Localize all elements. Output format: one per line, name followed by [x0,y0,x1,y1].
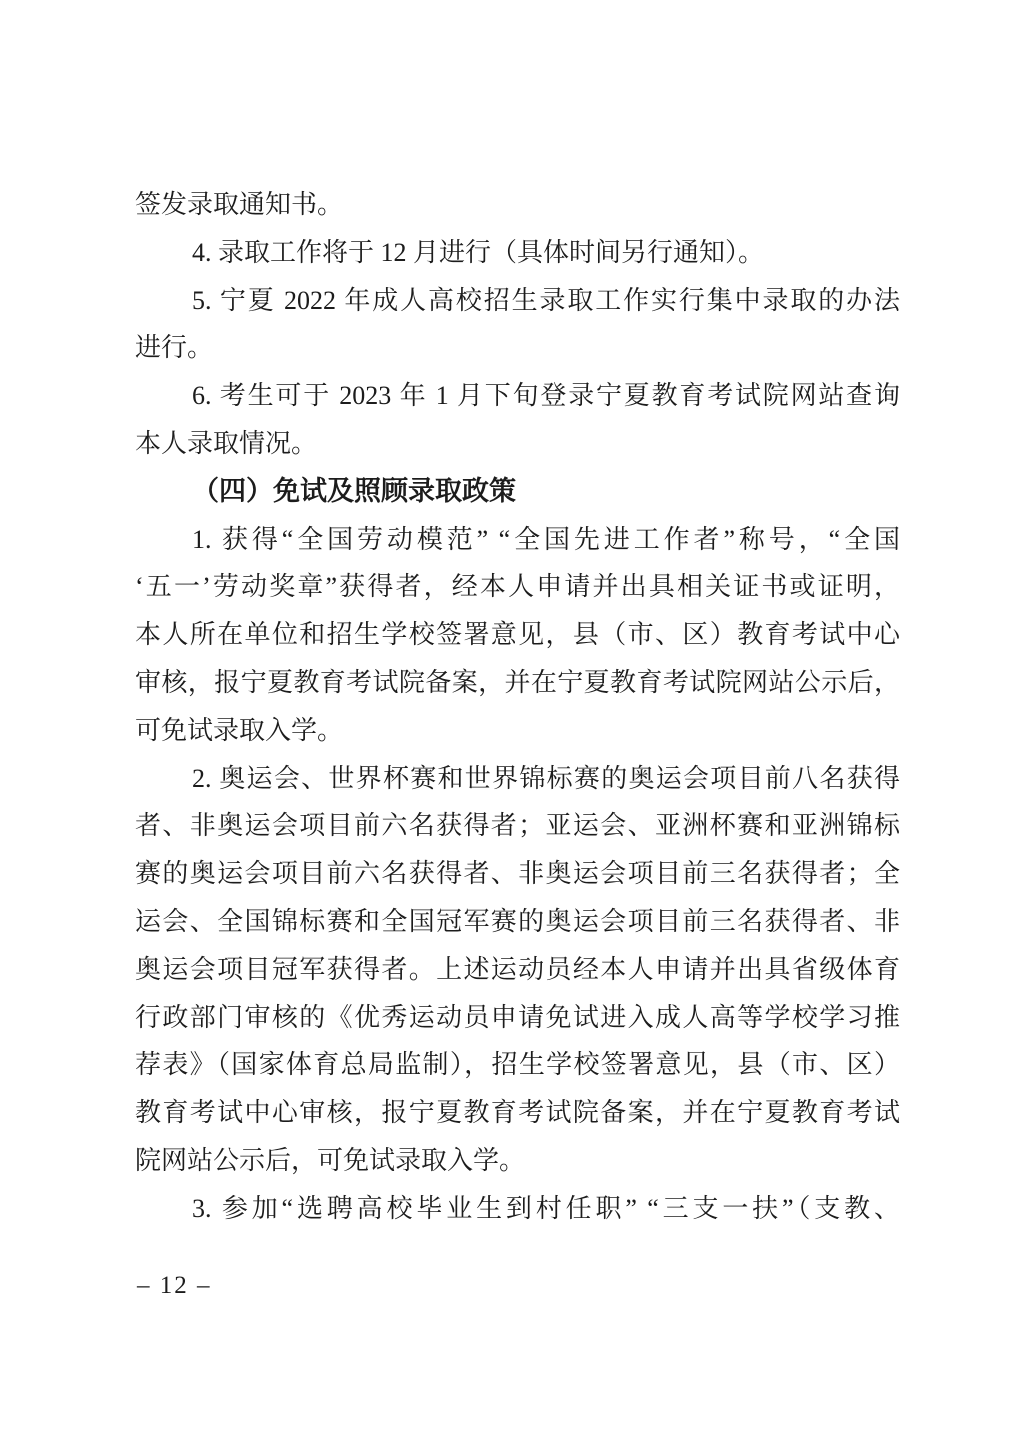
text-line: 本人录取情况。 [135,420,900,468]
text-line: 可免试录取入学。 [135,707,900,755]
document-content: 签发录取通知书。4. 录取工作将于 12 月进行（具体时间另行通知）。5. 宁夏… [135,181,900,1233]
text-line: 院网站公示后，可免试录取入学。 [135,1137,900,1185]
text-line: 3. 参加“选聘高校毕业生到村任职” “三支一扶”（支教、 [135,1185,900,1233]
document-page: 签发录取通知书。4. 录取工作将于 12 月进行（具体时间另行通知）。5. 宁夏… [0,0,1024,1448]
text-line: 2. 奥运会、世界杯赛和世界锦标赛的奥运会项目前八名获得 [135,755,900,803]
text-line: 签发录取通知书。 [135,181,900,229]
text-line: 者、非奥运会项目前六名获得者；亚运会、亚洲杯赛和亚洲锦标 [135,802,900,850]
text-line: 5. 宁夏 2022 年成人高校招生录取工作实行集中录取的办法 [135,277,900,325]
text-line: 本人所在单位和招生学校签署意见，县（市、区）教育考试中心 [135,611,900,659]
text-line: 进行。 [135,324,900,372]
text-line: 运会、全国锦标赛和全国冠军赛的奥运会项目前三名获得者、非 [135,898,900,946]
text-line: 奥运会项目冠军获得者。上述运动员经本人申请并出具省级体育 [135,946,900,994]
text-line: 4. 录取工作将于 12 月进行（具体时间另行通知）。 [135,229,900,277]
text-line: 1. 获得“全国劳动模范” “全国先进工作者”称号，“全国 [135,516,900,564]
text-line: 赛的奥运会项目前六名获得者、非奥运会项目前三名获得者；全 [135,850,900,898]
text-line: ‘五一’劳动奖章”获得者，经本人申请并出具相关证书或证明， [135,563,900,611]
text-line: 6. 考生可于 2023 年 1 月下旬登录宁夏教育考试院网站查询 [135,372,900,420]
section-heading: （四）免试及照顾录取政策 [135,468,900,516]
text-line: 行政部门审核的《优秀运动员申请免试进入成人高等学校学习推 [135,994,900,1042]
text-line: 教育考试中心审核，报宁夏教育考试院备案，并在宁夏教育考试 [135,1089,900,1137]
text-line: 审核，报宁夏教育考试院备案，并在宁夏教育考试院网站公示后， [135,659,900,707]
page-number: – 12 – [137,1272,212,1300]
text-line: 荐表》（国家体育总局监制），招生学校签署意见，县（市、区） [135,1041,900,1089]
